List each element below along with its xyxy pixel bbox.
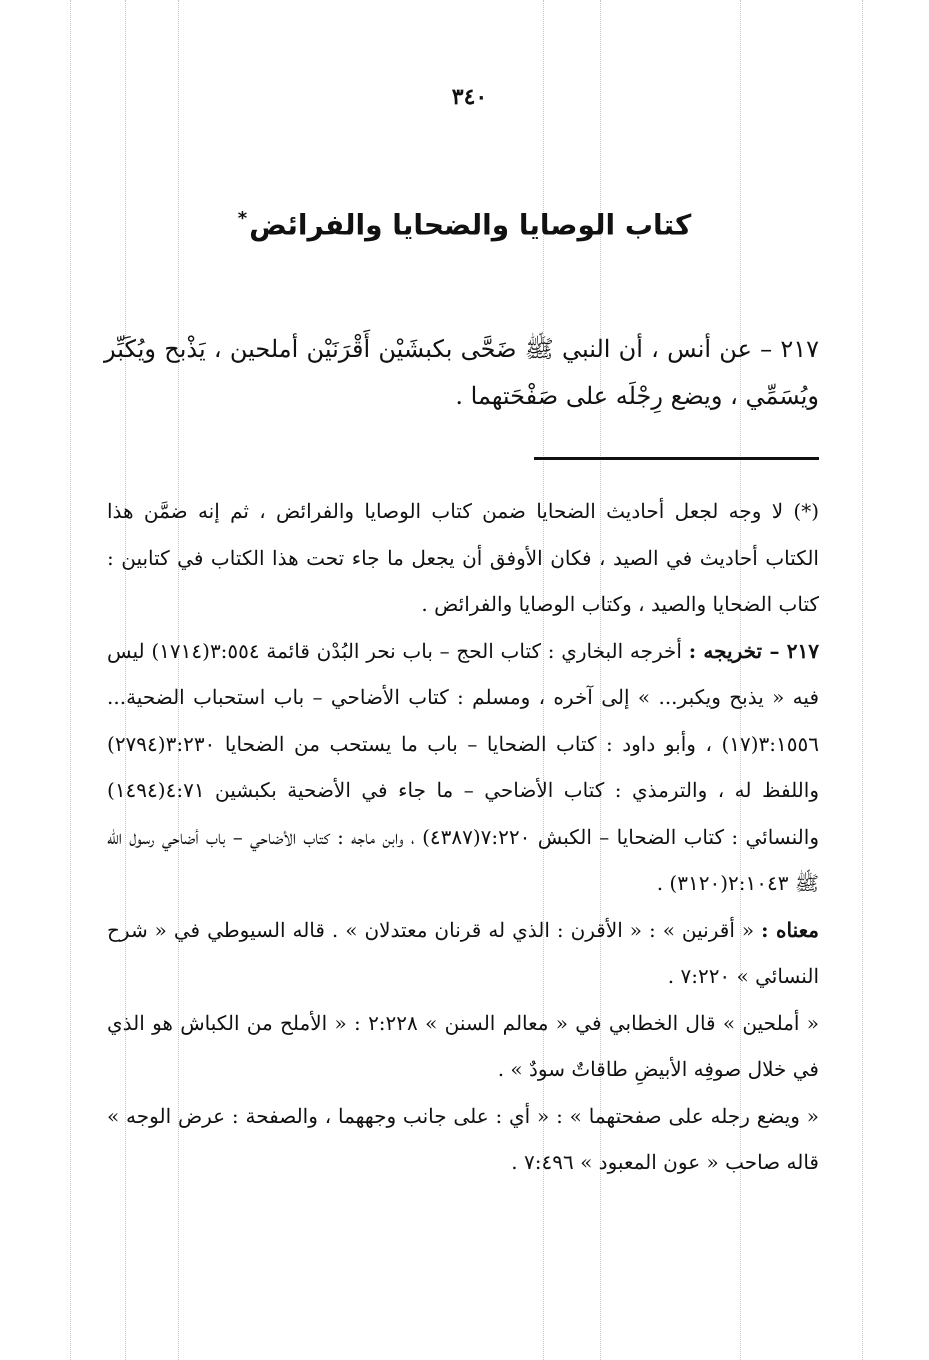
footnote-star: (*) لا وجه لجعل أحاديث الضحايا ضمن كتاب … bbox=[107, 488, 819, 628]
footnote-marker: * bbox=[238, 208, 247, 229]
hadith-text: ٢١٧ – عن أنس ، أن النبي ﷺ ضَحَّى بكبشَيْ… bbox=[104, 326, 819, 420]
footnote-meaning: معناه : « أقرنين » : « الأقرن : الذي له … bbox=[107, 907, 819, 1000]
footnote-takhrij: ٢١٧ – تخريجه : أخرجه البخاري : كتاب الحج… bbox=[107, 628, 819, 907]
scan-artifact-line bbox=[70, 0, 71, 1360]
page-number-text: ٣٤٠ bbox=[452, 84, 487, 110]
scan-artifact-line bbox=[862, 0, 863, 1360]
meaning-label: معناه : bbox=[761, 918, 819, 942]
meaning-text: « أقرنين » : « الأقرن : الذي له قرنان مع… bbox=[107, 918, 819, 989]
footnote-amlahain: « أملحين » قال الخطابي في « معالم السنن … bbox=[107, 1000, 819, 1093]
footnote-yada: « ويضع رجله على صفحتهما » : « أي : على ج… bbox=[107, 1093, 819, 1186]
footnotes: (*) لا وجه لجعل أحاديث الضحايا ضمن كتاب … bbox=[107, 488, 819, 1186]
takhrij-text: أخرجه البخاري : كتاب الحج – باب نحر البُ… bbox=[107, 639, 819, 896]
takhrij-label: ٢١٧ – تخريجه : bbox=[689, 639, 819, 663]
book-page: ٣٤٠ كتاب الوصايا والضحايا والفرائض* ٢١٧ … bbox=[0, 0, 929, 1360]
footnote-separator bbox=[534, 457, 819, 460]
chapter-title: كتاب الوصايا والضحايا والفرائض* bbox=[0, 208, 929, 241]
page-number: ٣٤٠ bbox=[0, 84, 929, 110]
chapter-title-text: كتاب الوصايا والضحايا والفرائض bbox=[249, 208, 691, 241]
